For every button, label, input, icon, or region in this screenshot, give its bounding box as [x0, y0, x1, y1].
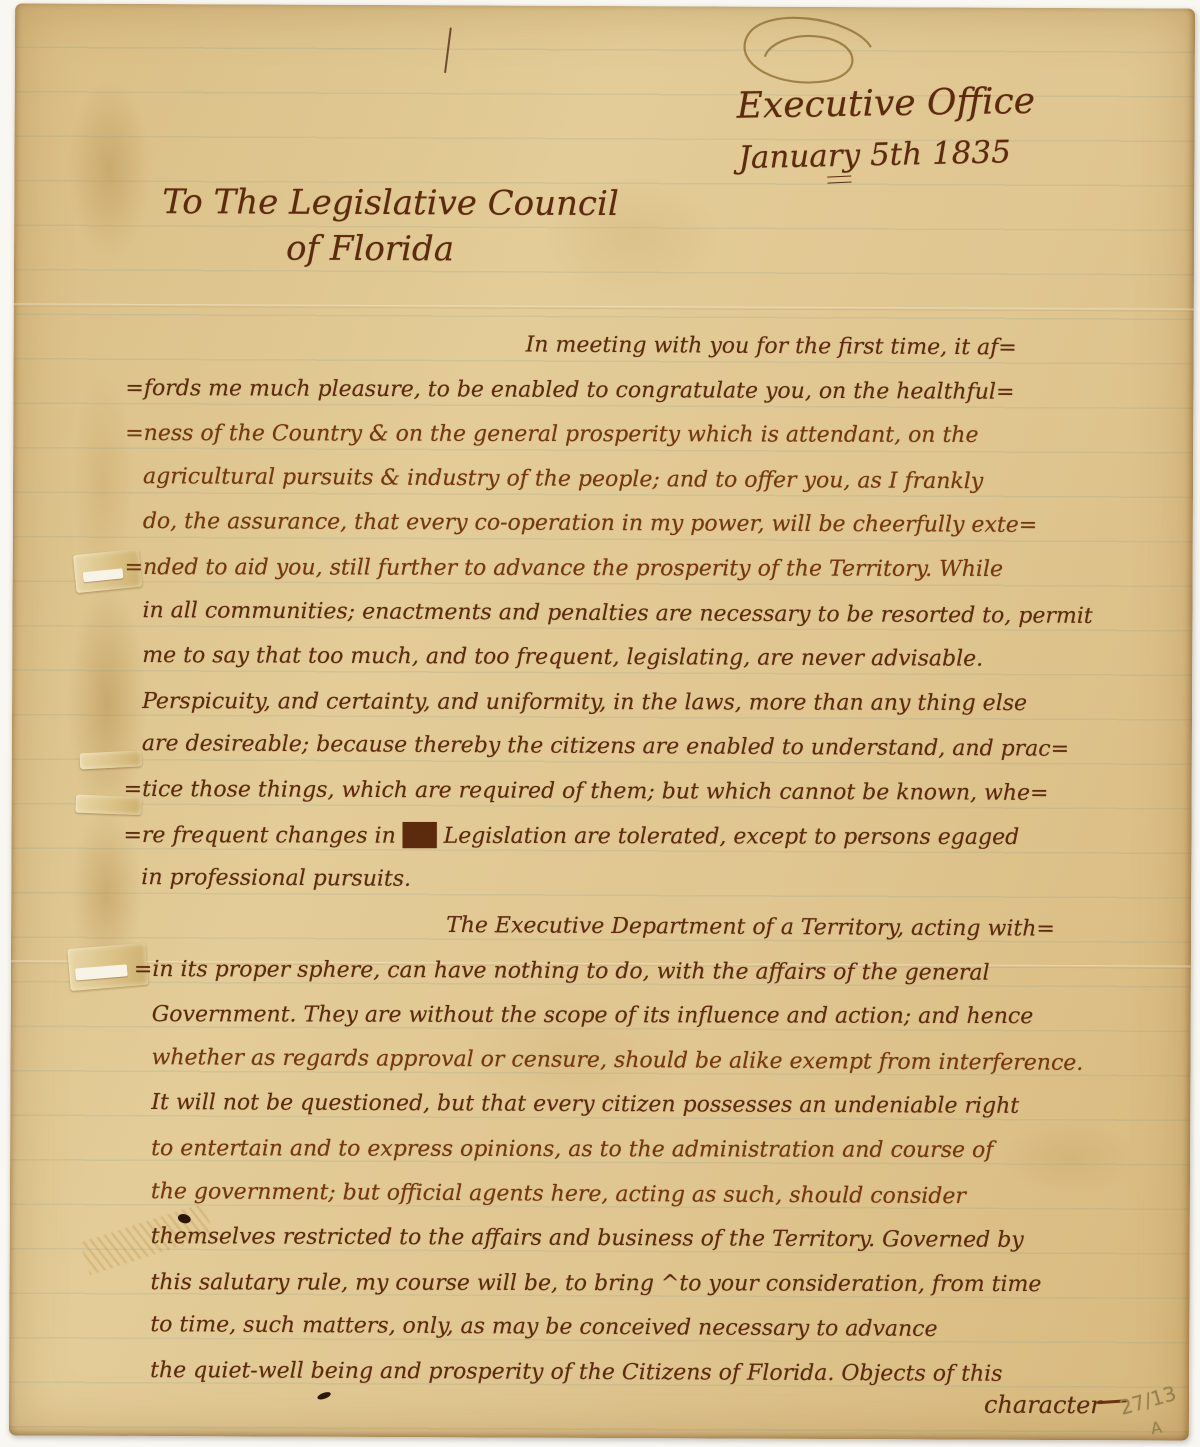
manuscript-line: =fords me much pleasure, to be enabled t…	[125, 367, 1163, 416]
manuscript-line: to entertain and to express opinions, as…	[151, 1127, 1171, 1174]
manuscript-line: in professional pursuits.	[141, 856, 1161, 907]
manuscript-page: Executive Office January 5th 1835 To The…	[9, 3, 1195, 1440]
manuscript-line: Perspicuity, and certainty, and uniformi…	[142, 680, 1162, 727]
manuscript-line: me to say that too much, and too frequen…	[142, 634, 1162, 683]
manuscript-line: this salutary rule, my course will be, t…	[150, 1261, 1170, 1308]
manuscript-line: It will not be questioned, but that ever…	[151, 1081, 1171, 1130]
fold-crease	[14, 303, 1194, 311]
manuscript-line: are desireable; because thereby the citi…	[142, 722, 1162, 773]
paragraph-2: The Executive Department of a Territory,…	[150, 903, 1172, 1398]
manuscript-line: =re frequent changes in ██ Legislation a…	[123, 814, 1161, 861]
manuscript-line: to time, such matters, only, as may be c…	[150, 1303, 1170, 1354]
stray-pen-stroke	[444, 27, 452, 73]
manuscript-line: the government; but official agents here…	[151, 1170, 1171, 1221]
manuscript-line: In meeting with you for the first time, …	[144, 321, 1164, 372]
salutation-line: To The Legislative Council	[162, 182, 619, 224]
manuscript-line: themselves restricted to the affairs and…	[151, 1215, 1171, 1264]
manuscript-line: The Executive Department of a Territory,…	[152, 902, 1172, 953]
manuscript-line: do, the assurance, that every co-operati…	[143, 500, 1163, 549]
manuscript-line: =tice those things, which are required o…	[124, 768, 1162, 817]
manuscript-line: =nded to aid you, still further to advan…	[125, 546, 1163, 593]
manuscript-line: in all communities; enactments and penal…	[142, 589, 1162, 640]
letter-date: January 5th 1835	[738, 134, 1011, 176]
paragraph-1: In meeting with you for the first time, …	[141, 322, 1164, 906]
manuscript-line: whether as regards approval or censure, …	[151, 1036, 1171, 1087]
manuscript-line: Government. They are without the scope o…	[152, 993, 1172, 1040]
salutation-line: of Florida	[286, 229, 454, 270]
manuscript-line: agricultural pursuits & industry of the …	[143, 455, 1163, 506]
archival-letter: A	[1149, 1418, 1163, 1439]
date-ordinal-underline	[827, 175, 851, 183]
letter-office-heading: Executive Office	[736, 81, 1035, 127]
manuscript-line: =ness of the Country & on the general pr…	[125, 412, 1163, 459]
tape-repair	[79, 750, 142, 769]
manuscript-line: =in its proper sphere, can have nothing …	[134, 948, 1172, 997]
catchword: character	[984, 1391, 1102, 1420]
